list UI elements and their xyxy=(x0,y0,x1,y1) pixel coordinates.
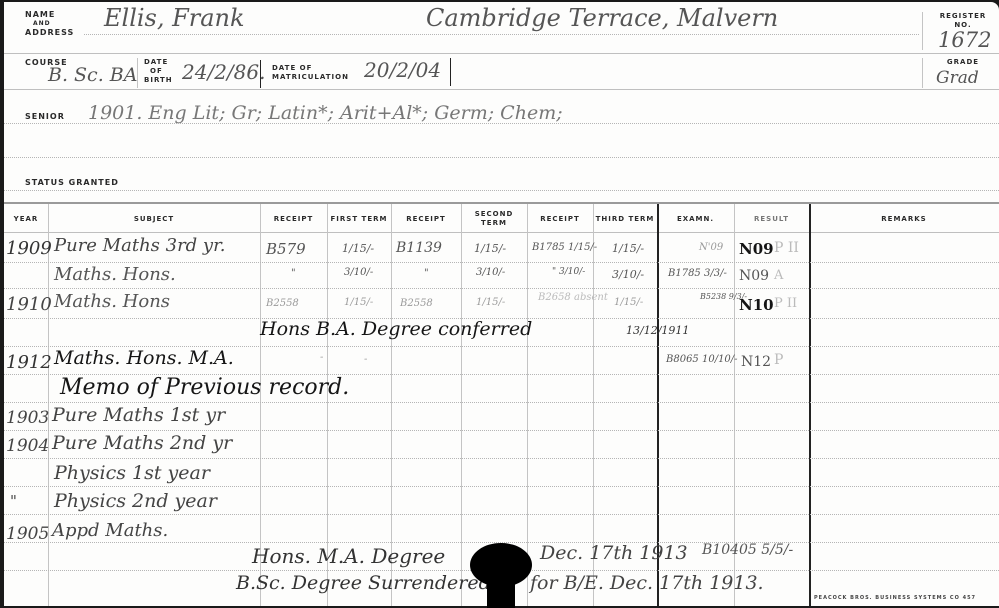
column-header-examn: EXAMN. xyxy=(657,206,734,232)
row-2-second-term: 3/10/- xyxy=(476,267,505,278)
row-5-receipt-2: - xyxy=(364,354,367,365)
row-5-result-code: N12 xyxy=(741,354,771,370)
matriculation-value: 20/2/04 xyxy=(364,58,441,82)
column-header-receipt-3: RECEIPT xyxy=(527,206,593,232)
row-line xyxy=(4,402,999,403)
header-bottom-line xyxy=(4,232,999,233)
row-2-first-term: 3/10/- xyxy=(344,267,373,278)
row-3-receipt-1: B2558 xyxy=(266,298,299,309)
footer-note-2-rest: for B/E. Dec. 17th 1913. xyxy=(530,572,764,594)
status-granted-label: STATUS GRANTED xyxy=(25,178,119,187)
name-label: NAME AND ADDRESS xyxy=(25,10,74,37)
row-3-result-grade: P II xyxy=(774,296,797,311)
matriculation-divider xyxy=(450,58,451,86)
table-top-border xyxy=(4,202,999,204)
row-line xyxy=(4,288,999,289)
row-line xyxy=(4,486,999,487)
grade-divider xyxy=(922,58,923,88)
footer-note-1-date: Dec. 17th 1913 xyxy=(540,542,688,564)
card-punch-hole xyxy=(470,543,532,608)
column-header-second-term: SECOND TERM xyxy=(461,206,527,232)
memo-row-5-year: 1905 xyxy=(6,524,49,544)
row-5-subject: Maths. Hons. M.A. xyxy=(54,347,234,369)
row-1-receipt-3: B1785 1/15/- xyxy=(532,242,597,253)
row-3-receipt-3: B2658 absent xyxy=(538,292,608,303)
row-3-third-term: 1/15/- xyxy=(614,297,643,308)
column-header-receipt-2: RECEIPT xyxy=(391,206,461,232)
row-5-year: 1912 xyxy=(6,352,52,373)
column-header-receipt-1: RECEIPT xyxy=(260,206,327,232)
row-5-examn: B8065 10/10/- xyxy=(666,354,738,365)
row-1-third-term: 1/15/- xyxy=(612,242,644,255)
row-divider-2 xyxy=(4,89,999,90)
col-line-receipt2 xyxy=(461,204,462,606)
row-2-result-code: N09 xyxy=(739,268,769,284)
memo-row-4-year: " xyxy=(10,492,17,510)
matriculation-label: DATE OF MATRICULATION xyxy=(272,64,349,82)
grade-label: GRADE xyxy=(932,58,994,67)
row-1-result-code: N09 xyxy=(739,240,774,258)
footer-note-1-receipt: B10405 5/5/- xyxy=(702,542,793,558)
column-header-result: RESULT xyxy=(734,206,809,232)
senior-value: 1901. Eng Lit; Gr; Latin*; Arit+Al*; Ger… xyxy=(88,102,563,124)
memo-row-5-subject: Appd Maths. xyxy=(52,520,168,541)
printer-mark: PEACOCK BROS. BUSINESS SYSTEMS CO 457 xyxy=(814,595,976,601)
name-value: Ellis, Frank xyxy=(104,4,245,32)
dob-label: DATE OF BIRTH xyxy=(144,58,173,85)
row-2-receipt-3: " 3/10/- xyxy=(552,267,585,277)
row-1-second-term: 1/15/- xyxy=(474,242,506,255)
row-1-receipt-1: B579 xyxy=(266,240,306,258)
row-2-examn: B1785 3/3/- xyxy=(668,268,727,279)
row-3-receipt-2: B2558 xyxy=(400,298,433,309)
col-line-result xyxy=(809,204,811,606)
column-header-year: YEAR xyxy=(4,206,48,232)
memo-row-2-year: 1904 xyxy=(6,436,49,456)
row-3-second-term: 1/15/- xyxy=(476,297,505,308)
memo-row-1-year: 1903 xyxy=(6,408,49,428)
row-2-receipt-2: " xyxy=(424,268,429,279)
footer-note-1: Hons. M.A. Degree xyxy=(252,544,445,568)
row-1-receipt-2: B1139 xyxy=(396,240,442,256)
memo-row-4-subject: Physics 2nd year xyxy=(54,490,217,512)
row-5-result-grade: P xyxy=(774,352,783,368)
register-value: 1672 xyxy=(938,28,991,52)
row-3-year: 1910 xyxy=(6,294,52,315)
row-2-result-grade: A xyxy=(774,268,783,283)
row-1-result-grade: P II xyxy=(774,240,799,256)
footer-note-2: B.Sc. Degree Surrendered xyxy=(236,572,491,594)
row-divider-1 xyxy=(4,53,999,54)
row-1-first-term: 1/15/- xyxy=(342,242,374,255)
memo-row-1-subject: Pure Maths 1st yr xyxy=(52,404,225,426)
degree-conferred-note: Hons B.A. Degree conferred xyxy=(260,318,532,340)
student-record-card: NAME AND ADDRESS Ellis, Frank Cambridge … xyxy=(4,2,999,606)
row-3-subject: Maths. Hons xyxy=(54,291,170,312)
memo-row-2-subject: Pure Maths 2nd yr xyxy=(52,432,232,454)
memo-title: Memo of Previous record. xyxy=(60,375,349,400)
address-value: Cambridge Terrace, Malvern xyxy=(426,4,778,32)
row-3-first-term: 1/15/- xyxy=(344,297,373,308)
row-2-receipt-1: " xyxy=(291,268,296,279)
row-1-year: 1909 xyxy=(6,238,52,259)
row-line xyxy=(4,262,999,263)
row-5-receipt-1: - xyxy=(320,352,323,363)
row-line xyxy=(4,430,999,431)
row-1-subject: Pure Maths 3rd yr. xyxy=(54,235,225,256)
senior-dotted-line-2 xyxy=(4,157,999,158)
row-2-third-term: 3/10/- xyxy=(612,268,644,281)
column-header-first-term: FIRST TERM xyxy=(327,206,391,232)
memo-row-3-subject: Physics 1st year xyxy=(54,462,210,484)
column-header-subject: SUBJECT xyxy=(48,206,260,232)
name-dotted-line xyxy=(84,34,919,35)
row-line xyxy=(4,514,999,515)
column-header-remarks: REMARKS xyxy=(809,206,999,232)
course-value: B. Sc. BA xyxy=(48,64,137,86)
senior-label: SENIOR xyxy=(25,112,65,121)
grade-value: Grad xyxy=(936,68,979,88)
row-1-examn: N'09 xyxy=(699,242,723,253)
row-2-subject: Maths. Hons. xyxy=(54,264,176,285)
status-dotted-line xyxy=(4,190,999,191)
column-header-third-term: THIRD TERM xyxy=(593,206,657,232)
course-divider xyxy=(137,58,138,88)
col-line-year xyxy=(48,204,49,606)
dob-divider xyxy=(260,60,261,88)
register-divider xyxy=(922,12,923,50)
row-line xyxy=(4,458,999,459)
row-3-result-code: N10 xyxy=(739,296,774,314)
degree-conferred-date: 13/12/1911 xyxy=(626,324,689,337)
dob-value: 24/2/86. xyxy=(182,60,265,84)
senior-dotted-line-1 xyxy=(4,123,999,124)
